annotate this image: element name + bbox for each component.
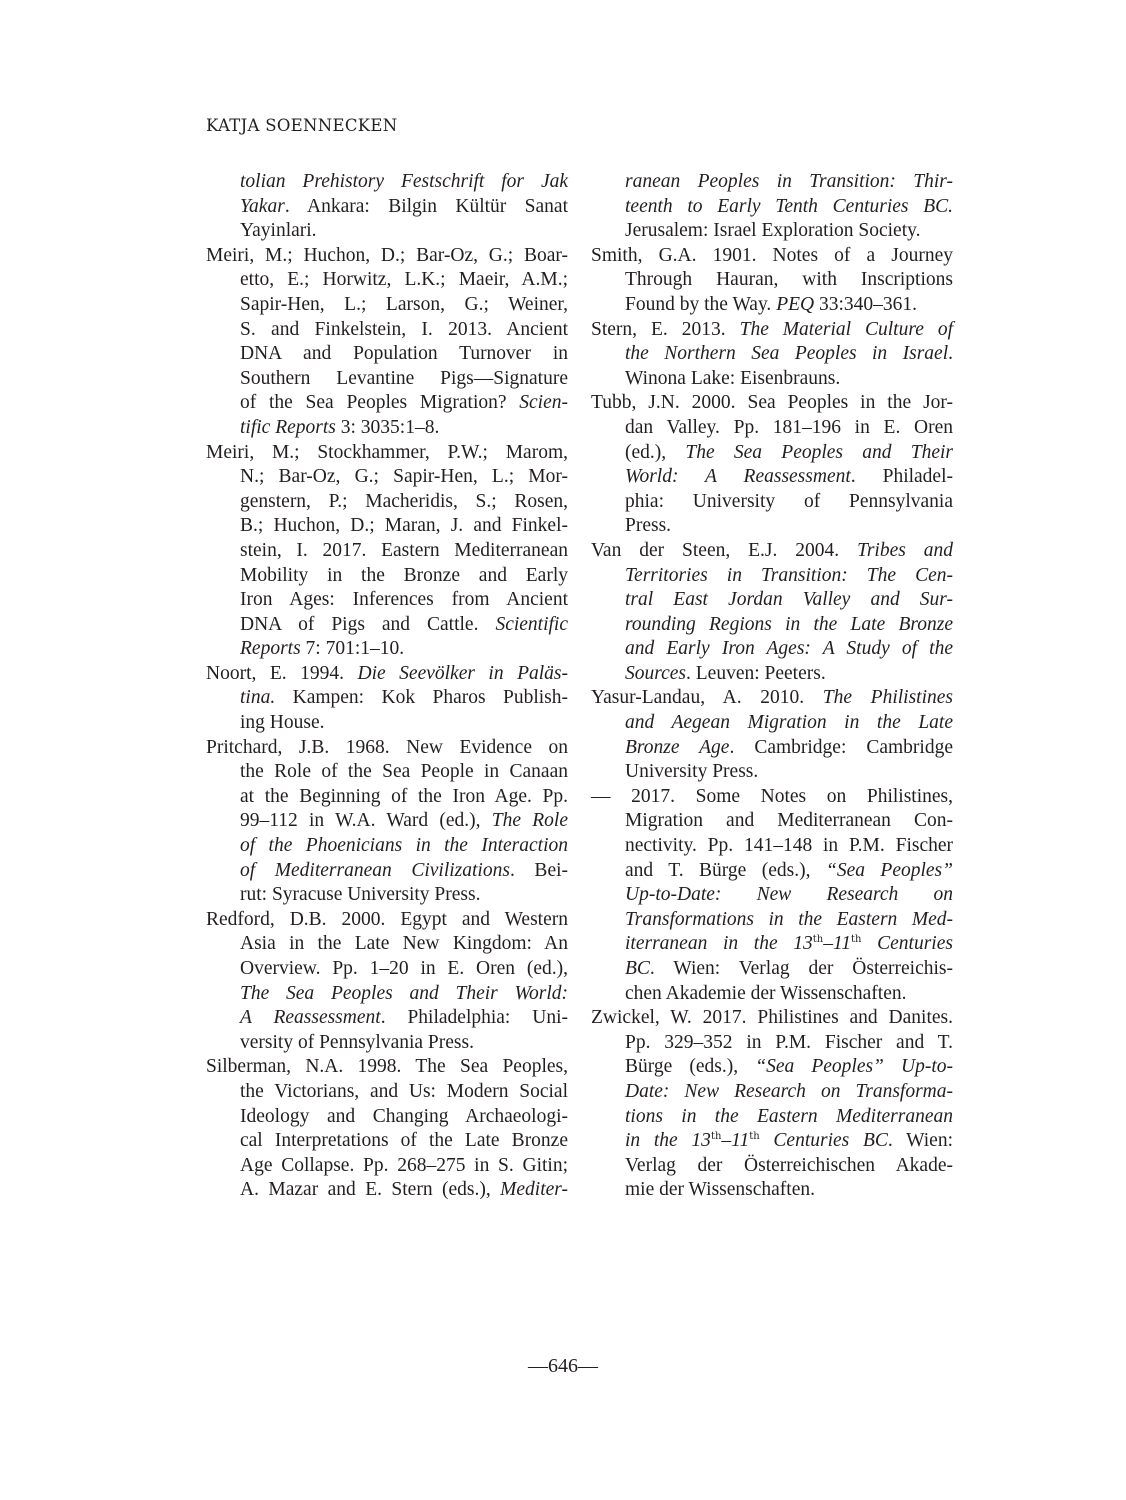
reference-entry: Yasur-Landau, A. 2010. The Philistinesan… bbox=[591, 686, 953, 784]
reference-line: Age Collapse. Pp. 268–275 in S. Gitin; bbox=[206, 1154, 568, 1179]
reference-entry: — 2017. Some Notes on Philistines,Migrat… bbox=[591, 785, 953, 1006]
reference-line: Winona Lake: Eisenbrauns. bbox=[591, 367, 953, 392]
reference-line: Silberman, N.A. 1998. The Sea Peoples, bbox=[206, 1055, 568, 1080]
reference-entry: Redford, D.B. 2000. Egypt and WesternAsi… bbox=[206, 908, 568, 1056]
reference-entry: ranean Peoples in Transition: Thir-teent… bbox=[591, 170, 953, 244]
reference-line: cal Interpretations of the Late Bronze bbox=[206, 1129, 568, 1154]
reference-line: ranean Peoples in Transition: Thir- bbox=[591, 170, 953, 195]
reference-line: 99–112 in W.A. Ward (ed.), The Role bbox=[206, 809, 568, 834]
reference-line: etto, E.; Horwitz, L.K.; Maeir, A.M.; bbox=[206, 268, 568, 293]
reference-line: Sapir-Hen, L.; Larson, G.; Weiner, bbox=[206, 293, 568, 318]
reference-line: Overview. Pp. 1–20 in E. Oren (ed.), bbox=[206, 957, 568, 982]
reference-line: Date: New Research on Transforma- bbox=[591, 1080, 953, 1105]
reference-line: World: A Reassessment. Philadel- bbox=[591, 465, 953, 490]
reference-line: Iron Ages: Inferences from Ancient bbox=[206, 588, 568, 613]
reference-line: Pritchard, J.B. 1968. New Evidence on bbox=[206, 736, 568, 761]
reference-line: Smith, G.A. 1901. Notes of a Journey bbox=[591, 244, 953, 269]
reference-line: B.; Huchon, D.; Maran, J. and Finkel- bbox=[206, 514, 568, 539]
reference-entry: Van der Steen, E.J. 2004. Tribes andTerr… bbox=[591, 539, 953, 687]
reference-line: A Reassessment. Philadelphia: Uni- bbox=[206, 1006, 568, 1031]
reference-line: Noort, E. 1994. Die Seevölker in Paläs- bbox=[206, 662, 568, 687]
bibliography-column-right: ranean Peoples in Transition: Thir-teent… bbox=[591, 170, 953, 1203]
reference-line: Reports 7: 701:1–10. bbox=[206, 637, 568, 662]
reference-line: Jerusalem: Israel Exploration Society. bbox=[591, 219, 953, 244]
reference-line: Verlag der Österreichischen Akade- bbox=[591, 1154, 953, 1179]
reference-line: Up-to-Date: New Research on bbox=[591, 883, 953, 908]
reference-line: Through Hauran, with Inscriptions bbox=[591, 268, 953, 293]
reference-line: Yakar. Ankara: Bilgin Kültür Sanat bbox=[206, 195, 568, 220]
reference-line: Meiri, M.; Stockhammer, P.W.; Marom, bbox=[206, 441, 568, 466]
reference-line: Meiri, M.; Huchon, D.; Bar-Oz, G.; Boar- bbox=[206, 244, 568, 269]
reference-line: Zwickel, W. 2017. Philistines and Danite… bbox=[591, 1006, 953, 1031]
reference-line: and Early Iron Ages: A Study of the bbox=[591, 637, 953, 662]
reference-line: tions in the Eastern Mediterranean bbox=[591, 1105, 953, 1130]
reference-line: tolian Prehistory Festschrift for Jak bbox=[206, 170, 568, 195]
reference-line: stein, I. 2017. Eastern Mediterranean bbox=[206, 539, 568, 564]
reference-line: versity of Pennsylvania Press. bbox=[206, 1031, 568, 1056]
reference-entry: Meiri, M.; Huchon, D.; Bar-Oz, G.; Boar-… bbox=[206, 244, 568, 441]
reference-line: the Victorians, and Us: Modern Social bbox=[206, 1080, 568, 1105]
reference-line: the Northern Sea Peoples in Israel. bbox=[591, 342, 953, 367]
reference-entry: Pritchard, J.B. 1968. New Evidence onthe… bbox=[206, 736, 568, 908]
reference-line: of Mediterranean Civilizations. Bei- bbox=[206, 859, 568, 884]
reference-line: N.; Bar-Oz, G.; Sapir-Hen, L.; Mor- bbox=[206, 465, 568, 490]
reference-entry: tolian Prehistory Festschrift for JakYak… bbox=[206, 170, 568, 244]
reference-line: Yayinlari. bbox=[206, 219, 568, 244]
page-number: —646— bbox=[0, 1355, 1126, 1378]
reference-entry: Tubb, J.N. 2000. Sea Peoples in the Jor-… bbox=[591, 391, 953, 539]
reference-line: the Role of the Sea People in Canaan bbox=[206, 760, 568, 785]
reference-entry: Noort, E. 1994. Die Seevölker in Paläs-t… bbox=[206, 662, 568, 736]
reference-line: Pp. 329–352 in P.M. Fischer and T. bbox=[591, 1031, 953, 1056]
bibliography-column-left: tolian Prehistory Festschrift for JakYak… bbox=[206, 170, 568, 1203]
reference-line: tral East Jordan Valley and Sur- bbox=[591, 588, 953, 613]
reference-line: Found by the Way. PEQ 33:340–361. bbox=[591, 293, 953, 318]
reference-line: Transformations in the Eastern Med- bbox=[591, 908, 953, 933]
reference-line: Press. bbox=[591, 514, 953, 539]
reference-entry: Meiri, M.; Stockhammer, P.W.; Marom,N.; … bbox=[206, 441, 568, 662]
reference-line: nectivity. Pp. 141–148 in P.M. Fischer bbox=[591, 834, 953, 859]
reference-line: The Sea Peoples and Their World: bbox=[206, 982, 568, 1007]
reference-entry: Silberman, N.A. 1998. The Sea Peoples,th… bbox=[206, 1055, 568, 1203]
reference-line: genstern, P.; Macheridis, S.; Rosen, bbox=[206, 490, 568, 515]
reference-line: (ed.), The Sea Peoples and Their bbox=[591, 441, 953, 466]
reference-line: Ideology and Changing Archaeologi- bbox=[206, 1105, 568, 1130]
reference-line: DNA and Population Turnover in bbox=[206, 342, 568, 367]
reference-line: A. Mazar and E. Stern (eds.), Mediter- bbox=[206, 1178, 568, 1203]
reference-line: Asia in the Late New Kingdom: An bbox=[206, 932, 568, 957]
reference-line: — 2017. Some Notes on Philistines, bbox=[591, 785, 953, 810]
reference-line: rut: Syracuse University Press. bbox=[206, 883, 568, 908]
running-head: KATJA SOENNECKEN bbox=[206, 116, 397, 135]
reference-line: DNA of Pigs and Cattle. Scientific bbox=[206, 613, 568, 638]
reference-line: of the Sea Peoples Migration? Scien- bbox=[206, 391, 568, 416]
reference-line: Bürge (eds.), “Sea Peoples” Up-to- bbox=[591, 1055, 953, 1080]
reference-line: rounding Regions in the Late Bronze bbox=[591, 613, 953, 638]
reference-line: iterranean in the 13th–11th Centuries bbox=[591, 932, 953, 957]
reference-entry: Zwickel, W. 2017. Philistines and Danite… bbox=[591, 1006, 953, 1203]
reference-line: dan Valley. Pp. 181–196 in E. Oren bbox=[591, 416, 953, 441]
reference-line: Territories in Transition: The Cen- bbox=[591, 564, 953, 589]
reference-line: Stern, E. 2013. The Material Culture of bbox=[591, 318, 953, 343]
reference-line: tina. Kampen: Kok Pharos Publish- bbox=[206, 686, 568, 711]
reference-line: Migration and Mediterranean Con- bbox=[591, 809, 953, 834]
reference-line: Yasur-Landau, A. 2010. The Philistines bbox=[591, 686, 953, 711]
reference-line: Bronze Age. Cambridge: Cambridge bbox=[591, 736, 953, 761]
reference-line: Sources. Leuven: Peeters. bbox=[591, 662, 953, 687]
reference-line: ing House. bbox=[206, 711, 568, 736]
reference-line: Redford, D.B. 2000. Egypt and Western bbox=[206, 908, 568, 933]
reference-line: in the 13th–11th Centuries BC. Wien: bbox=[591, 1129, 953, 1154]
reference-line: University Press. bbox=[591, 760, 953, 785]
reference-line: at the Beginning of the Iron Age. Pp. bbox=[206, 785, 568, 810]
reference-line: teenth to Early Tenth Centuries BC. bbox=[591, 195, 953, 220]
reference-line: chen Akademie der Wissenschaften. bbox=[591, 982, 953, 1007]
reference-line: of the Phoenicians in the Interaction bbox=[206, 834, 568, 859]
reference-line: and Aegean Migration in the Late bbox=[591, 711, 953, 736]
reference-line: mie der Wissenschaften. bbox=[591, 1178, 953, 1203]
reference-entry: Stern, E. 2013. The Material Culture oft… bbox=[591, 318, 953, 392]
reference-line: tific Reports 3: 3035:1–8. bbox=[206, 416, 568, 441]
reference-line: BC. Wien: Verlag der Österreichis- bbox=[591, 957, 953, 982]
reference-line: phia: University of Pennsylvania bbox=[591, 490, 953, 515]
reference-line: and T. Bürge (eds.), “Sea Peoples” bbox=[591, 859, 953, 884]
reference-line: Tubb, J.N. 2000. Sea Peoples in the Jor- bbox=[591, 391, 953, 416]
reference-line: S. and Finkelstein, I. 2013. Ancient bbox=[206, 318, 568, 343]
reference-line: Van der Steen, E.J. 2004. Tribes and bbox=[591, 539, 953, 564]
reference-line: Mobility in the Bronze and Early bbox=[206, 564, 568, 589]
reference-entry: Smith, G.A. 1901. Notes of a JourneyThro… bbox=[591, 244, 953, 318]
reference-line: Southern Levantine Pigs—Signature bbox=[206, 367, 568, 392]
